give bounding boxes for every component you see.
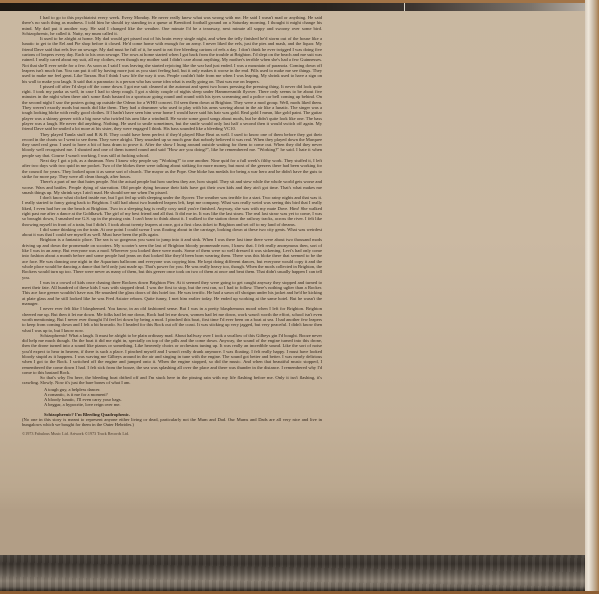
story-paragraph: I pissed off after I'd slept off the com… xyxy=(22,84,322,132)
disclaimer-text: (No one in this story is meant to repres… xyxy=(22,417,322,428)
story-text-block: I had to go to this psychiatrist every w… xyxy=(22,15,322,437)
verse-block: A tough guy, a helpless dancer. A romant… xyxy=(44,387,322,408)
story-paragraph: There's a part of me that hates people. … xyxy=(22,179,322,195)
story-paragraph: They played Tamla stuff and R & B. They … xyxy=(22,132,322,158)
verse-line: A beggar, a hypocrite, love reign over m… xyxy=(44,402,322,407)
story-paragraph: Next day I got a job, as a dustman. Now … xyxy=(22,158,322,179)
story-paragraph: So that's why I'm here, the bleeding boa… xyxy=(22,375,322,386)
sea-photo-strip xyxy=(0,555,585,591)
story-paragraph: It used to be alright at home. My dad wo… xyxy=(22,36,322,84)
story-paragraph: I never ever felt like I blasphemed. You… xyxy=(22,306,322,332)
story-paragraph: Brighton is a fantastic place. The sea i… xyxy=(22,237,322,279)
right-sleeve-edge xyxy=(585,0,599,594)
story-paragraph: I don't know what clicked inside me, but… xyxy=(22,195,322,227)
copyright-text: ©1973 Fabulous Music Ltd. Artwork ©1973 … xyxy=(22,431,322,436)
story-paragraph: I had to go to this psychiatrist every w… xyxy=(22,15,322,36)
story-paragraph: Schizophrenic! What a laugh. It must be … xyxy=(22,333,322,375)
story-paragraph: I did some thinking on the train. At one… xyxy=(22,227,322,238)
album-insert-page: I had to go to this psychiatrist every w… xyxy=(0,0,599,594)
story-paragraph: I was in a crowd of kids once chasing th… xyxy=(22,280,322,306)
band-split-line xyxy=(404,3,405,11)
top-photo-band xyxy=(0,3,590,11)
